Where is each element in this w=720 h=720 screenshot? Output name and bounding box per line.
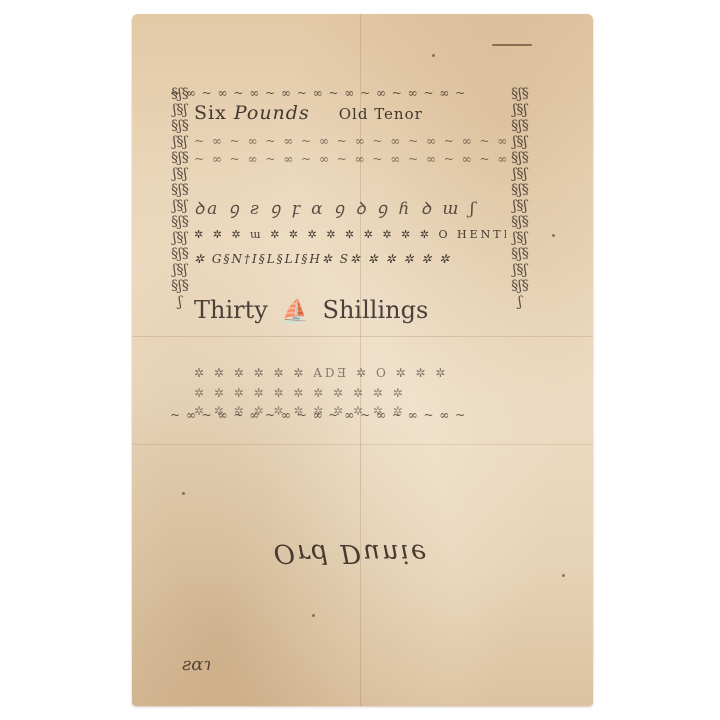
- paper-speck: [432, 54, 435, 57]
- lower-ornament-3: ✲ ✲ ✲ ✲ ✲ ✲ ✲ ✲ ✲ ✲ ✲: [194, 404, 506, 418]
- fold-crease-horizontal-lower: [132, 444, 593, 445]
- code-line-2: ✲ G§N†I§L§LI§H✲ S✲ ✲ ✲ ✲ ✲ ✲: [194, 252, 506, 266]
- lower-ornament-2: ✲ ✲ ✲ ✲ ✲ ✲ ✲ ✲ ✲ ✲ ✲: [194, 386, 506, 400]
- value-word-thirty: Thirty: [194, 296, 268, 324]
- denomination-amount: Six: [194, 102, 227, 124]
- ship-emblem-icon: ⛵: [281, 299, 308, 324]
- paper-speck: [552, 234, 555, 237]
- bottom-ink-mark: ƨɑɿ: [182, 654, 212, 675]
- paper-speck: [312, 614, 315, 617]
- lower-ornament-1: ✲ ✲ ✲ ✲ ✲ ✲ ADƎ ✲ O ✲ ✲ ✲: [194, 366, 506, 380]
- right-ornamental-border: §ʃ§ʃ§ʃ§ʃ§ʃ§ʃ§ʃ§ʃ§ʃ§ʃ§ʃ§ʃ§ʃ§ʃ§ʃ§ʃ§ʃ§ʃ§ʃ§ʃ: [510, 86, 530, 422]
- code-line-1: ✲ ✲ ✲ ɯ ✲ ✲ ✲ ✲ ✲ ✲ ✲ ✲ ✲ O HENTD+: [194, 228, 506, 241]
- denomination-value: Thirty ⛵ Shillings: [194, 296, 506, 324]
- paper-speck: [562, 574, 565, 577]
- ornament-line-1: ~ ∞ ~ ∞ ~ ∞ ~ ∞ ~ ∞ ~ ∞ ~ ∞ ~ ∞ ~ ∞ ~: [194, 134, 506, 148]
- ink-stroke-top: [492, 44, 532, 46]
- left-ornamental-border: §ʃ§ʃ§ʃ§ʃ§ʃ§ʃ§ʃ§ʃ§ʃ§ʃ§ʃ§ʃ§ʃ§ʃ§ʃ§ʃ§ʃ§ʃ§ʃ§ʃ: [170, 86, 190, 422]
- denomination-qualifier: Old Tenor: [339, 105, 423, 123]
- ornament-line-2: ~ ∞ ~ ∞ ~ ∞ ~ ∞ ~ ∞ ~ ∞ ~ ∞ ~ ∞ ~ ∞ ~: [194, 152, 506, 166]
- banknote: ~ ∞ ~ ∞ ~ ∞ ~ ∞ ~ ∞ ~ ∞ ~ ∞ ~ ∞ ~ ∞ ~ ~ …: [132, 14, 593, 706]
- denomination-top: Six Pounds Old Tenor: [194, 102, 506, 124]
- handwritten-signature: Ord Dunie: [236, 524, 466, 568]
- value-word-shillings: Shillings: [323, 296, 429, 324]
- printed-frame: ~ ∞ ~ ∞ ~ ∞ ~ ∞ ~ ∞ ~ ∞ ~ ∞ ~ ∞ ~ ∞ ~ ~ …: [170, 86, 530, 422]
- script-text-line: ꝺa ꝯ ƨ ꝯ ꝼ ɑ ꝯ ꝺ ꝯ ɦ ꝺ ɯ ʃ: [194, 196, 506, 219]
- paper-speck: [182, 492, 185, 495]
- top-ornamental-border: ~ ∞ ~ ∞ ~ ∞ ~ ∞ ~ ∞ ~ ∞ ~ ∞ ~ ∞ ~ ∞ ~: [170, 86, 530, 100]
- denomination-unit: Pounds: [234, 102, 310, 124]
